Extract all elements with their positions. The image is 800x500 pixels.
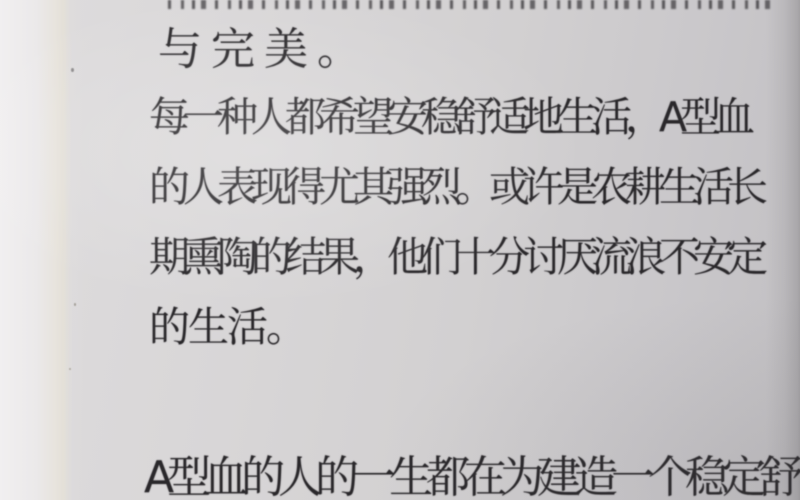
text-line: 期熏陶的结果，他们十分讨厌流浪不安定 (149, 237, 761, 278)
printed-text-block: 与完美。 每一种人都希望安稳舒适地生活，A型血 的人表现得尤其强烈。或许是农耕生… (0, 0, 800, 500)
book-page-photo: 与完美。 每一种人都希望安稳舒适地生活，A型血 的人表现得尤其强烈。或许是农耕生… (0, 0, 800, 500)
paper-speck (69, 368, 71, 370)
paper-speck (71, 68, 74, 72)
text-line: A型血的人的一生都在为建造一个稳定舒 (144, 456, 796, 500)
text-line: 的人表现得尤其强烈。或许是农耕生活长 (149, 167, 761, 208)
cropped-top-line-remnants (168, 0, 772, 9)
text-line: 的生活。 (149, 307, 305, 348)
text-line: 与完美。 (158, 28, 370, 72)
text-line: 每一种人都希望安稳舒适地生活，A型血 (149, 97, 748, 138)
paper-speck (74, 303, 76, 306)
